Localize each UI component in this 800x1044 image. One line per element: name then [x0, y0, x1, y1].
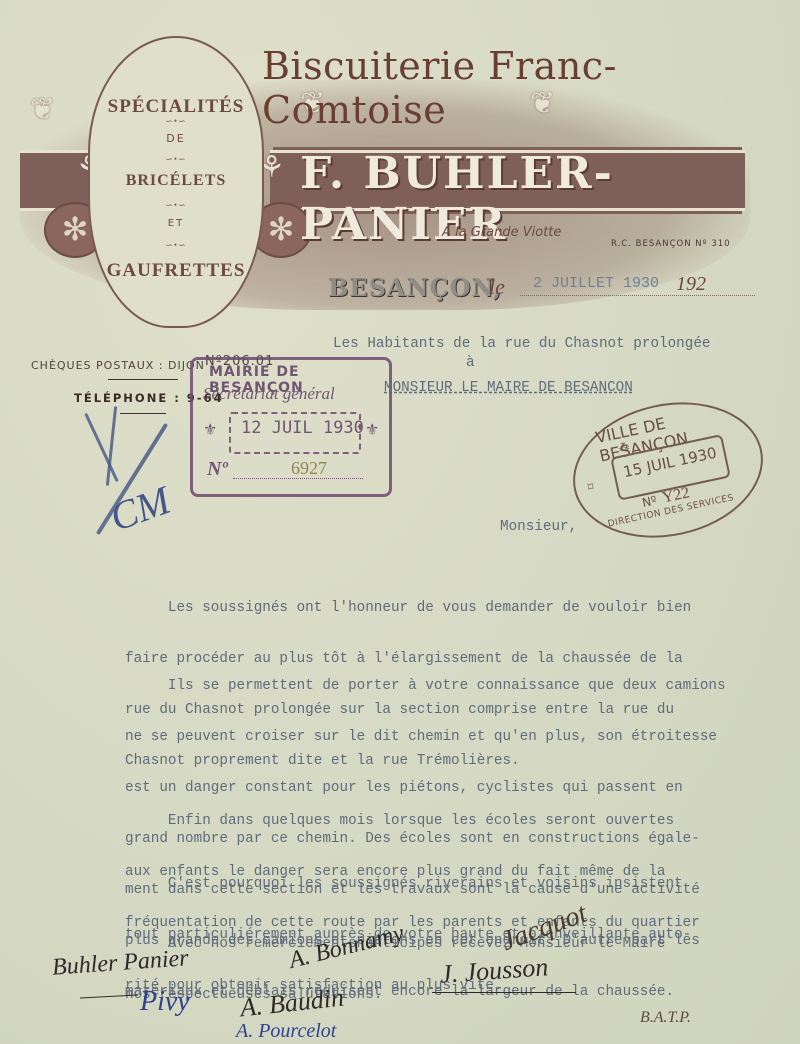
signature: Pivy — [140, 986, 190, 1018]
divider — [120, 413, 166, 414]
flourish-icon: ∽•∽ — [90, 116, 262, 127]
specialties-medallion: SPÉCIALITÉS ∽•∽ DE ∽•∽ BRICÉLETS ∽•∽ ET … — [88, 36, 264, 328]
firm-address-tagline: A la Grande Viotte — [442, 225, 561, 240]
specialties-item-gaufrettes: GAUFRETTES — [90, 260, 262, 282]
recipient-line: MONSIEUR LE MAIRE DE BESANCON — [384, 380, 633, 397]
dotted-line — [233, 478, 363, 479]
specialties-heading: SPÉCIALITÉS — [90, 96, 262, 118]
stamp-mairie-number: 6927 — [291, 458, 327, 479]
annotation-bottom-right: B.A.T.P. — [640, 1009, 691, 1027]
registration-number: R.C. BESANÇON Nº 310 — [611, 239, 731, 249]
cheques-postaux: CHÈQUES POSTAUX : DIJON — [31, 359, 205, 372]
text-line: C'est pourquoi les soussignés riverains … — [125, 876, 691, 893]
flourish-icon: ∽•∽ — [90, 154, 262, 165]
stamp-square-icon: ⌑ — [587, 480, 595, 494]
text-line: ne se peuvent croiser sur le dit chemin … — [125, 729, 726, 746]
cheques-label: CHÈQUES POSTAUX : DIJON — [31, 359, 205, 372]
specialties-et: ET — [90, 218, 262, 229]
stamp-ville-no-label: Nº — [641, 493, 658, 510]
flourish-icon: ∽•∽ — [90, 240, 262, 251]
salutation: Monsieur, — [500, 519, 577, 536]
specialties-de: DE — [90, 132, 262, 145]
pencil-initials: CM — [104, 476, 176, 541]
date-le-label: le — [489, 274, 505, 300]
signature: A. Pourcelot — [236, 1020, 336, 1043]
stamp-mairie-date: 12 JUIL 1930 — [241, 418, 364, 438]
fleur-de-lis-icon: ⚜ — [203, 420, 217, 440]
city-label: BESANÇON, — [328, 273, 502, 302]
text-line: Enfin dans quelques mois lorsque les éco… — [125, 813, 700, 830]
text-line: Les soussignés ont l'honneur de vous dem… — [125, 600, 691, 617]
mairie-received-stamp: MAIRIE DE BESANÇON Secrétariat général ⚜… — [190, 357, 392, 497]
sender-line: Les Habitants de la rue du Chasnot prolo… — [333, 336, 711, 353]
text-line: Ils se permettent de porter à votre conn… — [125, 678, 726, 695]
address-to-word: à — [466, 355, 475, 372]
ville-received-stamp: VILLE DE BESANÇON ⁂ 15 JUIL 1930 ⌑ NºY22… — [560, 385, 775, 554]
divider — [108, 379, 178, 380]
tulip-ornament-icon: ❦ — [30, 92, 55, 127]
stamp-mairie-department: Secrétariat général — [203, 384, 335, 404]
stamp-ornament-icon: ⁂ — [617, 440, 630, 455]
date-dotted-line — [520, 295, 755, 296]
fleur-de-lis-icon: ⚜ — [365, 420, 379, 440]
firm-title: Biscuiterie Franc-Comtoise — [262, 44, 800, 132]
specialties-item-bricelets: BRICÉLETS — [90, 172, 262, 190]
letter-date: 2 JUILLET 1930 — [533, 275, 659, 292]
flourish-icon: ∽•∽ — [90, 200, 262, 211]
printed-year-prefix: 192 — [676, 273, 706, 296]
text-line: nos respectueuses salutations. — [125, 987, 666, 1004]
signature-underline — [432, 992, 576, 993]
stamp-mairie-no-label: Nº — [207, 458, 227, 481]
letter-page: ❦ ⚘ ⚘ ❦ ❦ SPÉCIALITÉS ∽•∽ DE ∽•∽ BRICÉLE… — [0, 0, 800, 1044]
